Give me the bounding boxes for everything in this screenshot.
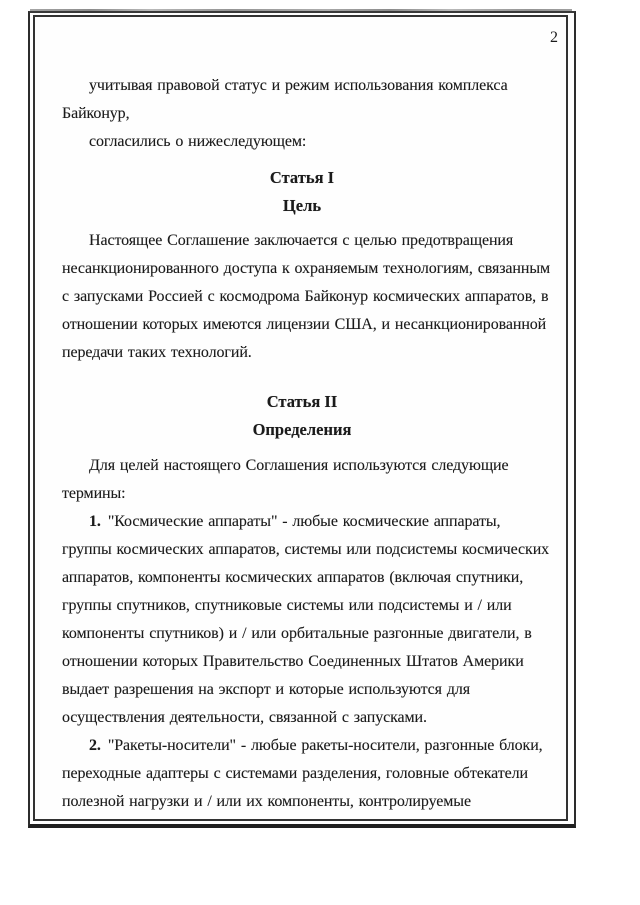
numbered-paragraph: 2."Ракеты-носители" - любые ракеты-носит…	[62, 732, 542, 816]
paragraph: Настоящее Соглашение заключается с целью…	[62, 227, 542, 367]
text-line: несанкционированного доступа к охраняемы…	[62, 255, 542, 283]
text-line: переходные адаптеры с системами разделен…	[62, 760, 542, 788]
paragraph: Для целей настоящего Соглашения использу…	[62, 452, 542, 508]
paragraph: согласились о нижеследующем:	[62, 128, 542, 156]
text-line: выдает разрешения на экспорт и которые и…	[62, 676, 542, 704]
text-line: аппаратов, компоненты космических аппара…	[62, 564, 542, 592]
text-segment: "Космические аппараты" - любые космическ…	[108, 513, 501, 530]
text-line: согласились о нижеследующем:	[62, 128, 542, 156]
list-number: 1.	[89, 513, 101, 530]
numbered-paragraph: 1."Космические аппараты" - любые космиче…	[62, 508, 542, 732]
text-segment: "Ракеты-носители" - любые ракеты-носител…	[108, 737, 543, 754]
text-line: учитывая правовой статус и режим использ…	[62, 72, 542, 100]
text-line: с запусками Россией с космодрома Байкону…	[62, 283, 542, 311]
article-heading: Статья II	[62, 388, 542, 416]
text-line: передачи таких технологий.	[62, 339, 542, 367]
text-line: группы спутников, спутниковые системы ил…	[62, 592, 542, 620]
text-line: 1."Космические аппараты" - любые космиче…	[62, 508, 542, 536]
text-line: полезной нагрузки и / или их компоненты,…	[62, 788, 542, 816]
text-line: отношении которых Правительство Соединен…	[62, 648, 542, 676]
article-heading: Статья I	[62, 164, 542, 192]
text-line: компоненты спутников) и / или орбитальны…	[62, 620, 542, 648]
paragraph: учитывая правовой статус и режим использ…	[62, 72, 542, 128]
scanned-document-page: 2 учитывая правовой статус и режим испол…	[0, 0, 640, 905]
document-body: учитывая правовой статус и режим использ…	[35, 17, 566, 819]
text-line: отношении которых имеются лицензии США, …	[62, 311, 542, 339]
text-line: Для целей настоящего Соглашения использу…	[62, 452, 542, 480]
text-line: 2."Ракеты-носители" - любые ракеты-носит…	[62, 732, 542, 760]
text-line: осуществления деятельности, связанной с …	[62, 704, 542, 732]
article-subheading: Цель	[62, 192, 542, 220]
page-border-outer: 2 учитывая правовой статус и режим испол…	[28, 11, 576, 828]
list-number: 2.	[89, 737, 101, 754]
text-line: Байконур,	[62, 100, 542, 128]
text-line: группы космических аппаратов, системы ил…	[62, 536, 542, 564]
article-subheading: Определения	[62, 416, 542, 444]
text-line: термины:	[62, 480, 542, 508]
page-border-inner: 2 учитывая правовой статус и режим испол…	[33, 15, 568, 821]
text-line: Настоящее Соглашение заключается с целью…	[62, 227, 542, 255]
